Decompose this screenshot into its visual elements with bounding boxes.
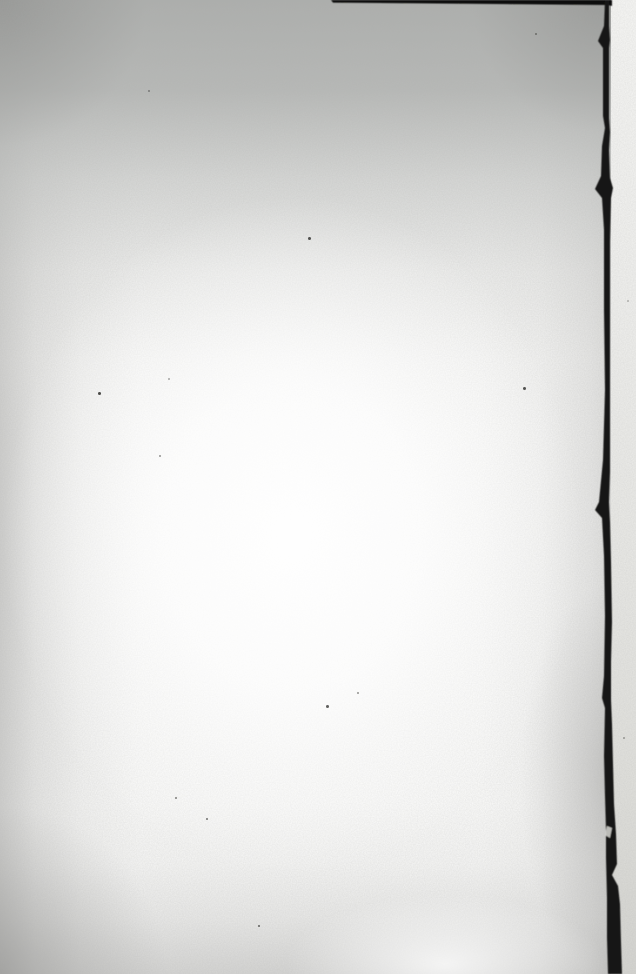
binding-gutter-line (0, 0, 636, 974)
scanned-page: Blank page of a scanned book: textured g… (0, 0, 636, 974)
top-edge-bar (331, 0, 612, 6)
